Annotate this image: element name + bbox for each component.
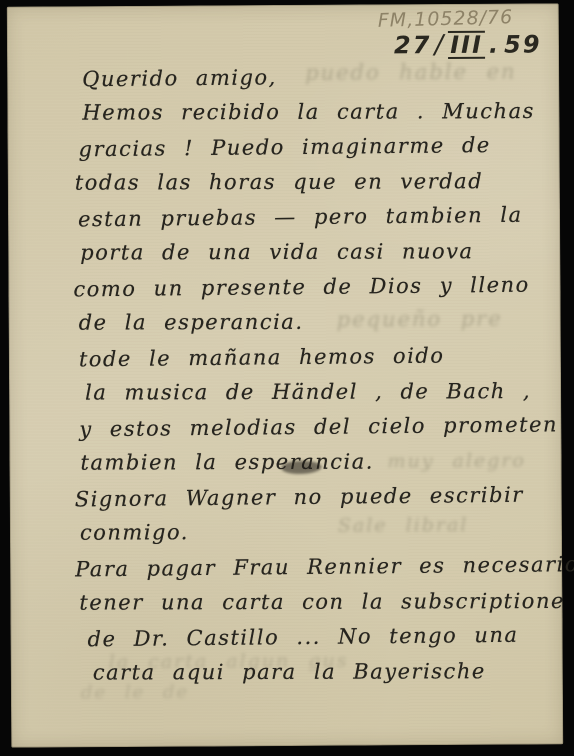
date-separator: / [431,30,448,60]
date-dot: . [485,31,504,59]
handwritten-line: Querido amigo, [82,59,567,99]
archive-reference: FM,10528/76 [378,6,514,32]
handwritten-line: de la esperancia. [79,306,569,343]
handwritten-line: conmigo. [80,516,570,553]
letter-text: Querido amigo,Hemos recibido la carta . … [7,60,571,693]
handwritten-line: todas las horas que en verdad [75,166,568,203]
handwritten-line: como un presente de Dios y lleno [73,269,568,309]
handwritten-line: gracias ! Puedo imaginarme de [78,129,567,169]
handwritten-line: tener una carta con la subscriptione [79,586,570,623]
date-month-roman: III [448,31,485,59]
letter-date: 27/III.59 [394,29,542,60]
letter-photograph: puedo hable enpequeño premuy alegroSale … [0,0,574,756]
handwritten-line: y estos melodias del cielo prometen [79,409,569,449]
date-year: 59 [504,30,542,58]
handwritten-line: Hemos recibido la carta . Muchas [82,96,567,133]
handwritten-line: carta aqui para la Bayerische [93,656,571,693]
letter-paper: puedo hable enpequeño premuy alegroSale … [7,3,564,747]
date-day: 27 [394,31,432,59]
handwritten-line: la musica de Händel , de Bach , [85,376,569,413]
handwritten-line: tode le mañana hemos oido [79,339,569,379]
handwritten-line: de Dr. Castillo ... No tengo una [87,619,570,659]
handwritten-line: Signora Wagner no puede escribir [75,479,570,519]
handwritten-line: tambien la esperancia. [80,446,569,483]
handwritten-line: estan pruebas — pero tambien la [78,199,568,239]
handwritten-line: porta de una vida casi nuova [80,236,568,273]
handwritten-line: Para pagar Frau Rennier es necesario [75,549,570,589]
